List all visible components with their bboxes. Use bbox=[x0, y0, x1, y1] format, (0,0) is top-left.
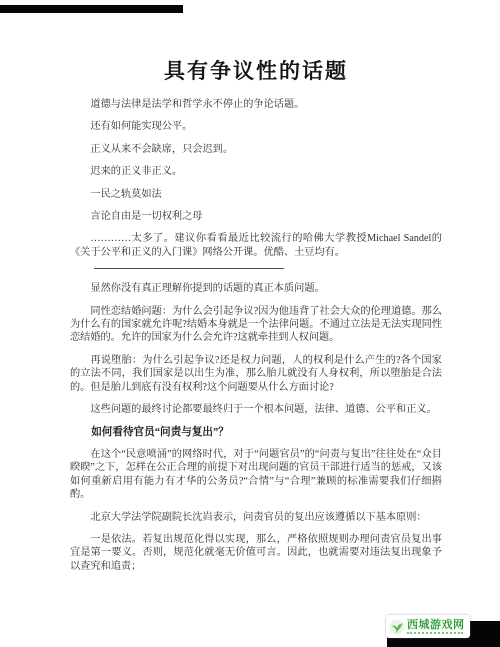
paragraph-conclusion: 这些问题的最终讨论都要最终归于一个根本问题，法律、道德、公平和正义。 bbox=[70, 403, 442, 416]
watermark-subtext bbox=[407, 632, 463, 634]
text-line: 一民之轨莫如法 bbox=[70, 188, 442, 201]
paragraph-principle-one: 一是依法。若复出规范化得以实现，那么，严格依照规则办理问责官员复出事宜是第一要义… bbox=[70, 533, 442, 573]
section-heading-officials: 如何看待官员“问责与复出”？ bbox=[70, 426, 442, 439]
site-name-label: 西城游戏网 bbox=[407, 619, 465, 631]
document-page: 具有争议性的话题 道德与法律是法学和哲学永不停止的争论话题。 还有如何能实现公平… bbox=[0, 0, 500, 647]
paragraph-abortion: 再说堕胎：为什么引起争议?还是权力问题，人的权利是什么产生的?各个国家的立法不同… bbox=[70, 354, 442, 394]
paragraph-gay-marriage: 同性恋结婚问题：为什么会引起争议?因为他违背了社会大众的伦理道德。那么为什么有的… bbox=[70, 305, 442, 345]
paragraph-intro: 显然你没有真正理解你提到的话题的真正本质问题。 bbox=[70, 282, 442, 295]
text-line: 迟来的正义非正义。 bbox=[70, 165, 442, 178]
text-line: 言论自由是一切权利之母 bbox=[70, 210, 442, 223]
page-title: 具有争议性的话题 bbox=[70, 56, 442, 86]
site-watermark-badge: 西城游戏网 bbox=[386, 615, 470, 638]
paragraph-sandel-recommendation: …………太多了。建议你看看最近比较流行的哈佛大学教授Michael Sandel… bbox=[70, 232, 442, 259]
text-line: 还有如何能实现公平。 bbox=[70, 120, 442, 133]
paragraph-professor-quote: 北京大学法学院副院长沈岿表示，问责官员的复出应该遵循以下基本原则： bbox=[70, 511, 442, 524]
text-line: 正义从来不会缺席，只会迟到。 bbox=[70, 143, 442, 156]
paragraph-officials: 在这个“民意喷涌”的网络时代，对于“问题官员”的“问责与复出”往往处在“众目睽睽… bbox=[70, 448, 442, 502]
watermark-text-column: 西城游戏网 bbox=[407, 619, 465, 634]
separator-line bbox=[94, 268, 284, 269]
leaf-sprout-icon bbox=[389, 619, 405, 635]
text-line: 道德与法律是法学和哲学永不停止的争论话题。 bbox=[70, 98, 442, 111]
article-content: 具有争议性的话题 道德与法律是法学和哲学永不停止的争论话题。 还有如何能实现公平… bbox=[70, 0, 442, 582]
